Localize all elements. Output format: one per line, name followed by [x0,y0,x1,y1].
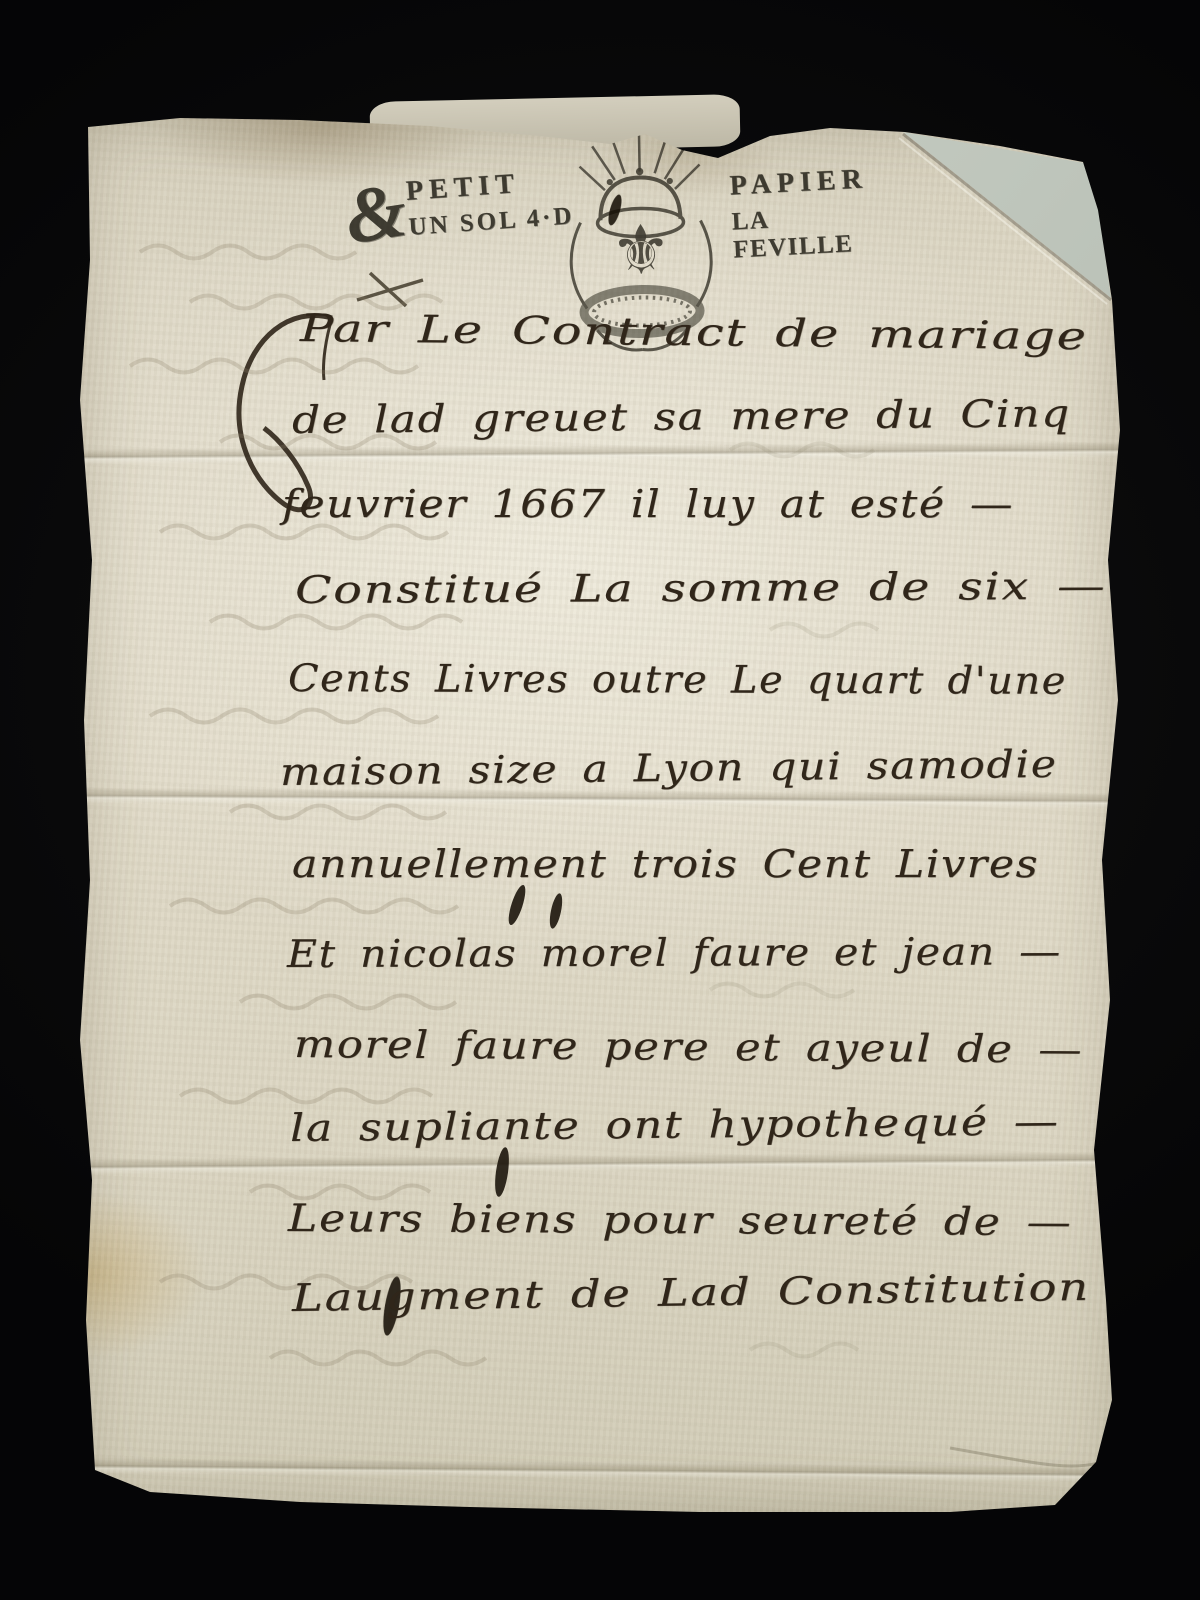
manuscript-line: annuellement trois Cent Livres [292,842,1039,886]
manuscript-line: Cents Livres outre Le quart d'une [288,656,1067,703]
manuscript-line: Laugment de Lad Constitution [292,1265,1091,1320]
manuscript-line: morel faure pere et ayeul de — [294,1022,1084,1072]
fleur-de-lis-glyph: ⚜ [610,211,672,291]
fold-crease [70,1151,1130,1174]
stamp-right-text: PAPIER LA FEVILLE [729,163,882,265]
manuscript-page: & PETIT UN SOL 4·D [70,110,1130,1520]
stamp-text-la-feville: LA FEVILLE [731,201,882,265]
stamp-text-papier: PAPIER [729,163,878,203]
stamp-flourish: & [339,164,413,262]
manuscript-line: Leurs biens pour seureté de — [288,1196,1073,1244]
stamp-text-un-sol: UN SOL 4·D [408,202,576,242]
manuscript-line: feuvrier 1667 il luy at esté — [282,482,1014,526]
manuscript-line: Constitué La somme de six — [295,564,1107,612]
fold-crease [70,1457,1130,1482]
manuscript-line: Et nicolas morel faure et jean — [287,929,1062,976]
manuscript-line: maison size a Lyon qui samodie [280,742,1058,794]
manuscript-line: la supliante ont hypothequé — [290,1099,1060,1150]
manuscript-line: de lad greuet sa mere du Cinq [292,391,1071,442]
fold-crease [70,441,1130,464]
photograph: & PETIT UN SOL 4·D [0,0,1200,1600]
photo-background: { "photo": { "background_color": "#0a0a0… [0,0,1200,1600]
stamp-left-text: PETIT UN SOL 4·D [405,164,575,241]
manuscript-line: Par Le Contract de mariage [300,306,1088,358]
stamp-text-petit: PETIT [405,164,573,208]
